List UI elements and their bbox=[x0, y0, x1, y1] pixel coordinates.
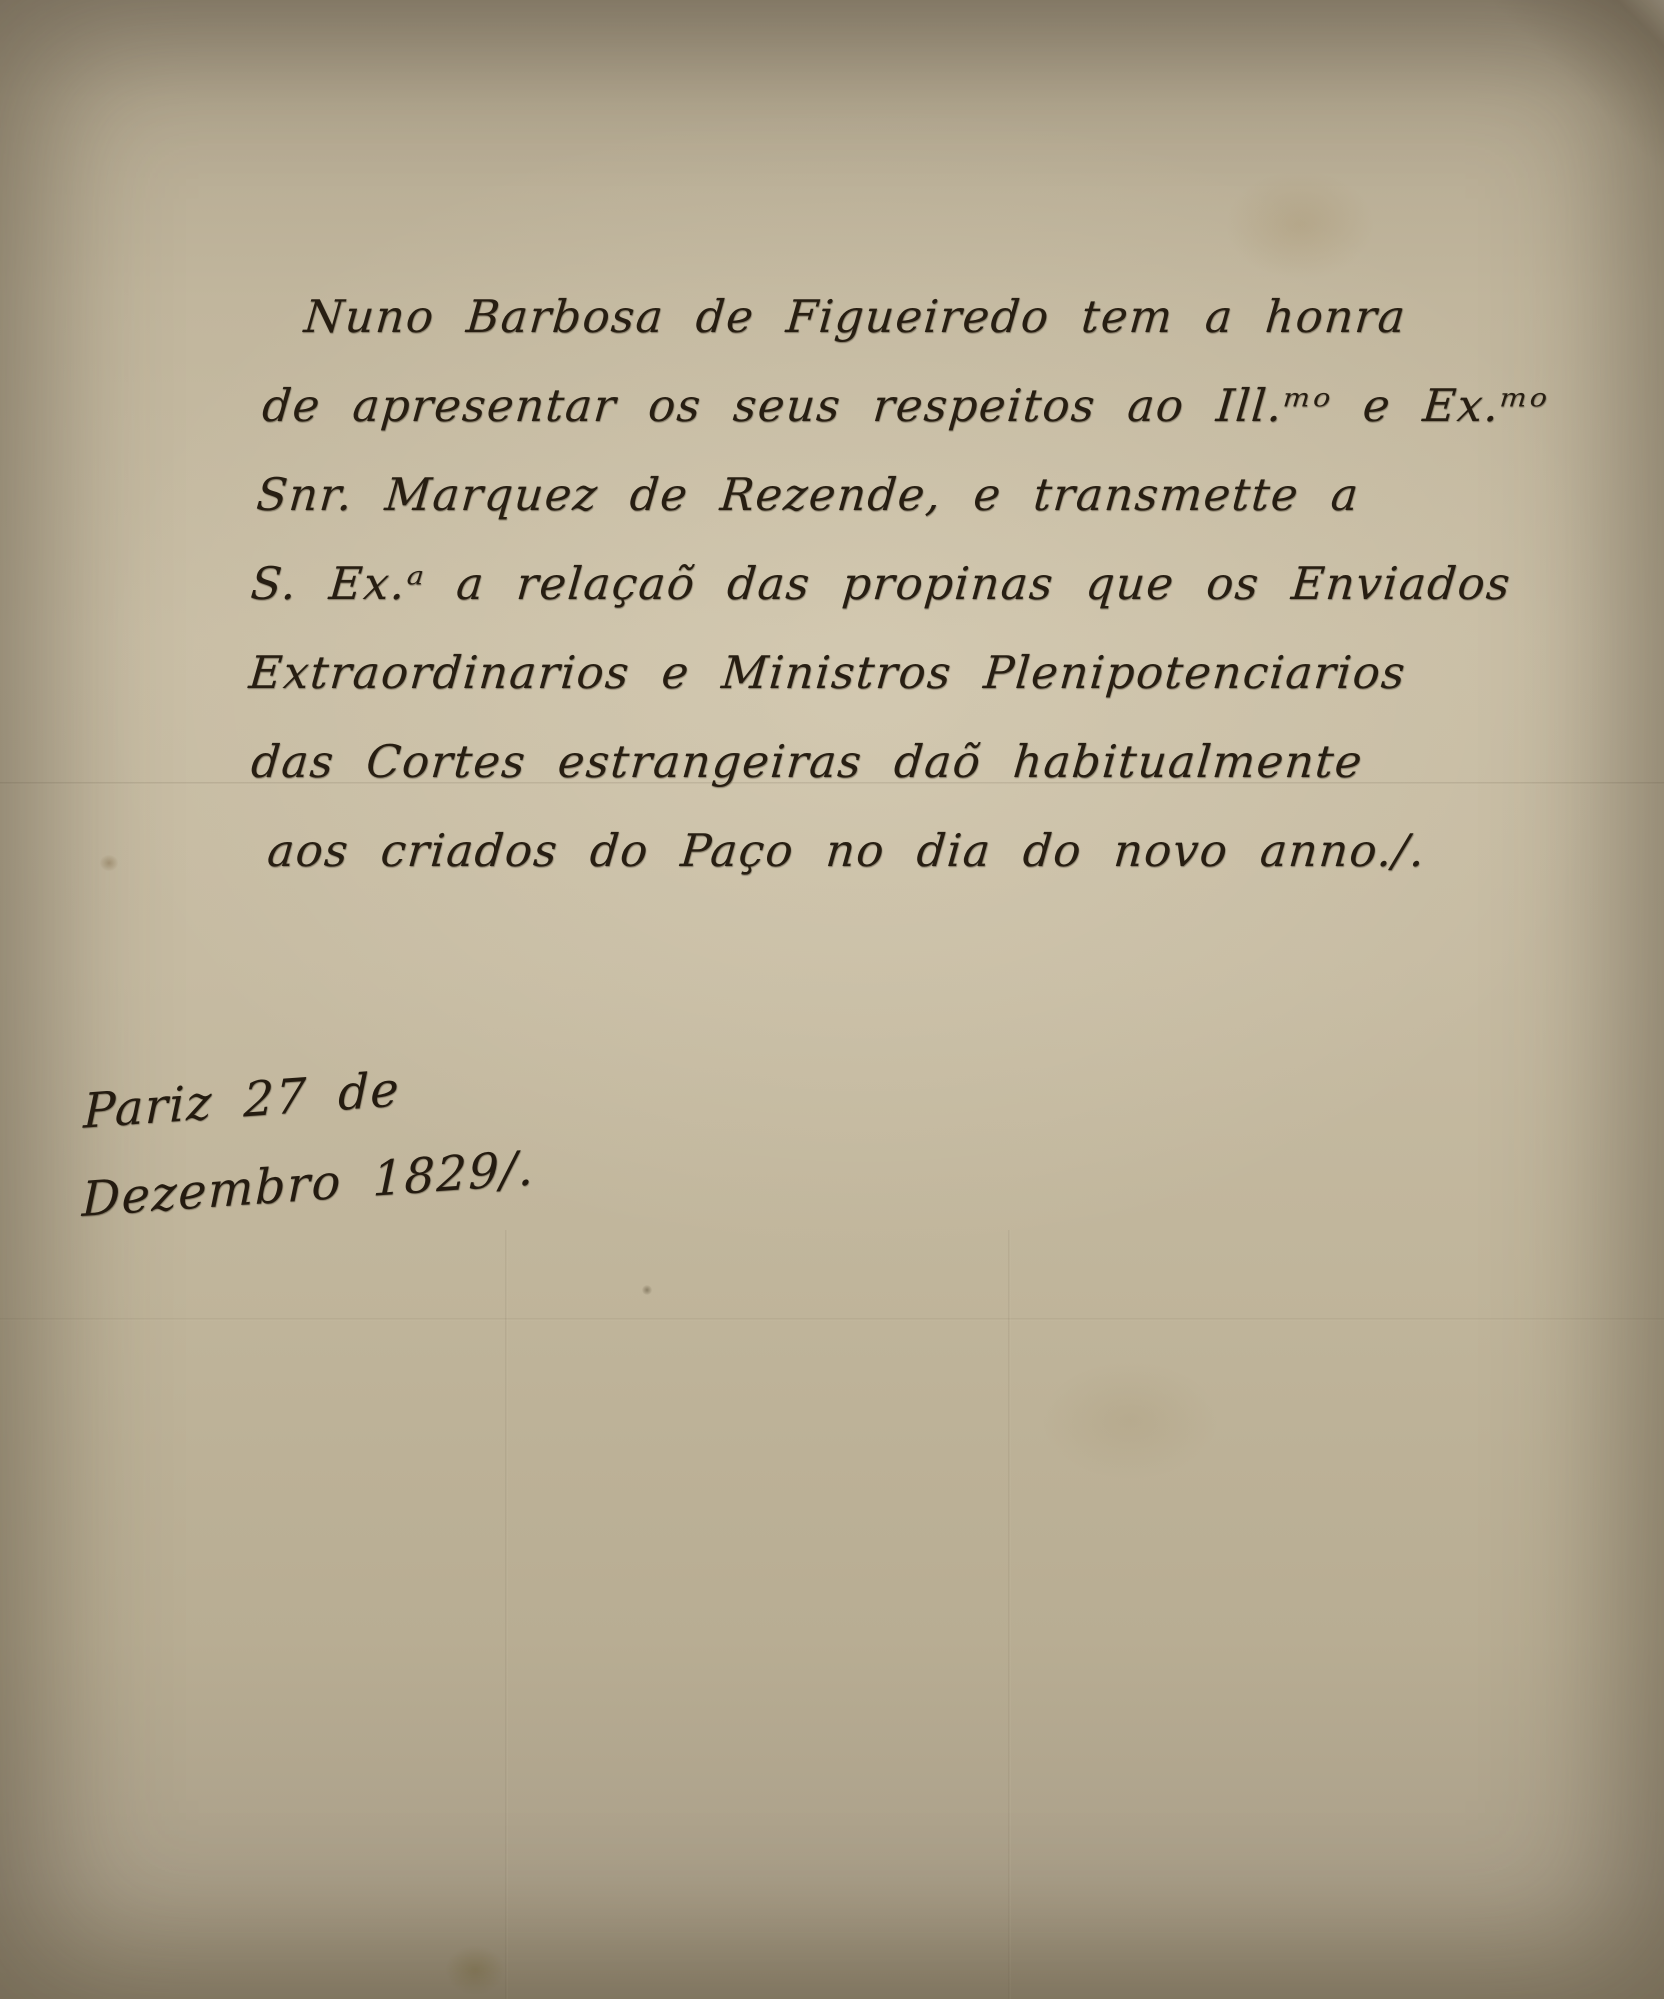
vertical-fold-crease bbox=[1008, 1230, 1011, 1999]
corner-fold-shadow bbox=[1444, 0, 1664, 170]
vertical-fold-crease bbox=[505, 1230, 508, 1999]
letter-line-3: Snr. Marquez de Rezende, e transmette a bbox=[247, 450, 1435, 539]
letter-body-text: Nuno Barbosa de Figueiredo tem a honra d… bbox=[216, 272, 1451, 895]
horizontal-fold-crease bbox=[0, 1318, 1664, 1321]
dateline-block: Pariz 27 de Dezembro 1829/. bbox=[81, 1036, 537, 1244]
letter-line-6: das Cortes estrangeiras daõ habitualment… bbox=[224, 717, 1412, 806]
letter-line-2: de apresentar os seus respeitos ao Ill.ᵐ… bbox=[255, 361, 1443, 450]
letter-line-5: Extraordinarios e Ministros Plenipotenci… bbox=[231, 628, 1419, 717]
letter-line-7: aos criados do Paço no dia do novo anno.… bbox=[216, 806, 1404, 895]
letter-line-1: Nuno Barbosa de Figueiredo tem a honra bbox=[262, 272, 1450, 361]
letter-line-4: S. Ex.ᵃ a relaçaõ das propinas que os En… bbox=[239, 539, 1427, 628]
scanned-letter-page: Nuno Barbosa de Figueiredo tem a honra d… bbox=[0, 0, 1664, 1999]
